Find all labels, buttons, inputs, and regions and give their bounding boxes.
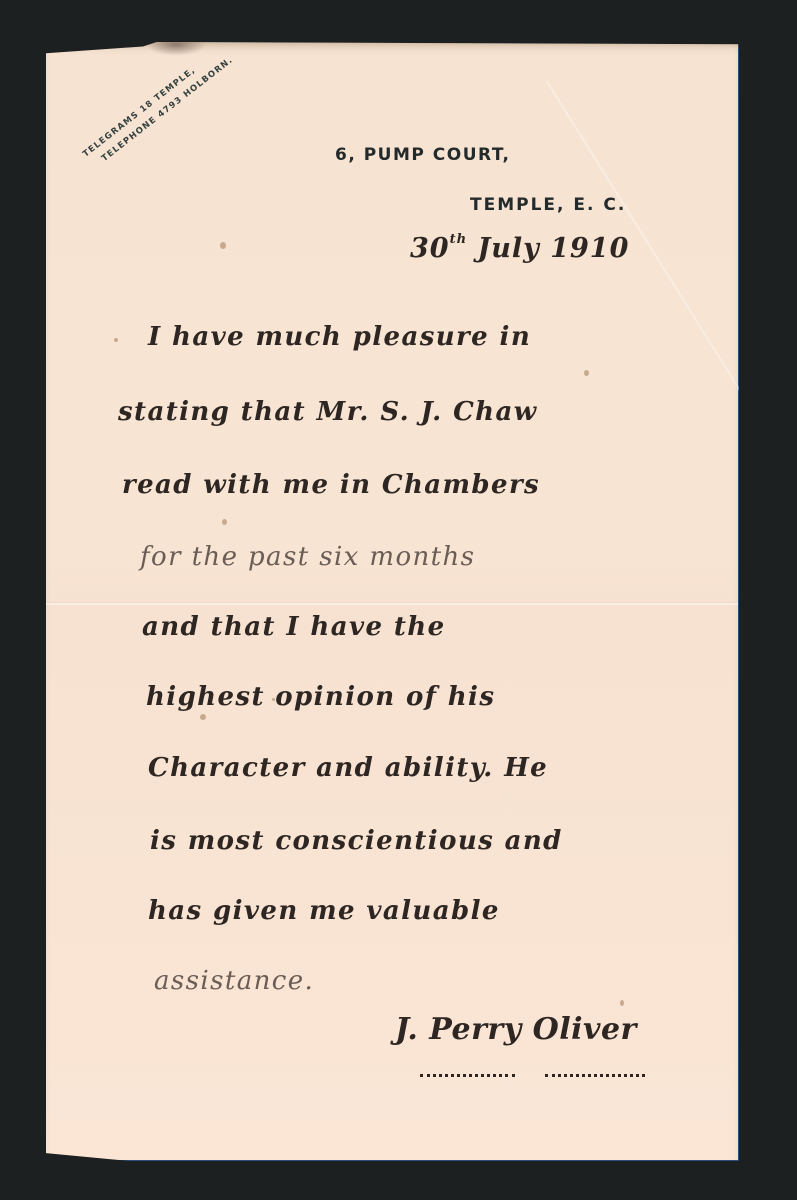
body-line: highest opinion of his <box>146 682 495 712</box>
foxing-spot <box>220 242 226 249</box>
body-line: has given me valuable <box>148 896 500 926</box>
foxing-spot <box>584 370 589 376</box>
signature-flourish <box>545 1070 645 1077</box>
date-day: 30 <box>410 233 450 264</box>
foxing-spot <box>114 338 118 342</box>
paper-tear <box>146 42 206 56</box>
body-line: read with me in Chambers <box>122 470 540 500</box>
body-line: for the past six months <box>140 542 475 572</box>
address-line-2: TEMPLE, E. C. <box>470 195 626 215</box>
foxing-spot <box>200 714 206 720</box>
date-suffix: th <box>450 232 467 247</box>
letter-date: 30th July 1910 <box>410 232 629 264</box>
body-line: I have much pleasure in <box>148 322 531 352</box>
body-line: assistance. <box>154 966 314 996</box>
signature-flourish <box>420 1070 515 1077</box>
body-line: is most conscientious and <box>150 826 563 856</box>
signature: J. Perry Oliver <box>395 1012 637 1047</box>
body-line: stating that Mr. S. J. Chaw <box>118 397 538 427</box>
foxing-spot <box>620 1000 624 1006</box>
address-line-1: 6, PUMP COURT, <box>335 145 510 165</box>
foxing-spot <box>222 519 227 525</box>
body-line: Character and ability. He <box>148 753 548 783</box>
letter-paper <box>46 42 739 1161</box>
date-month-year: July 1910 <box>477 233 629 264</box>
paper-fold <box>46 602 738 605</box>
body-line: and that I have the <box>142 612 446 642</box>
